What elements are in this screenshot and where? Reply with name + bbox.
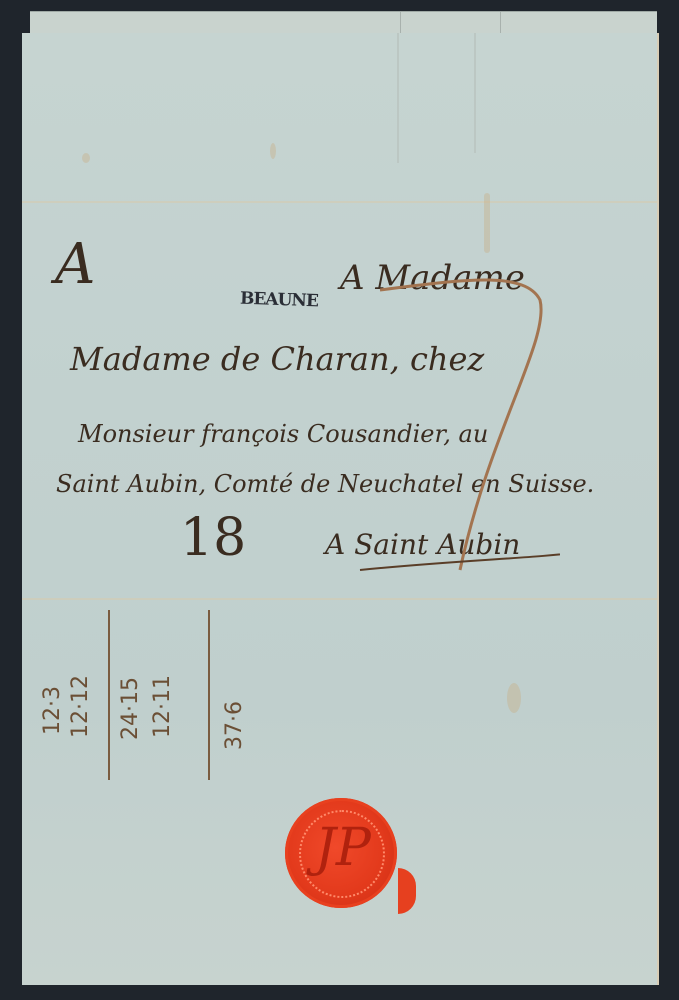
wax-seal: JP (285, 798, 397, 908)
fold-line (474, 33, 476, 153)
calc-column-2b: 12·11 (150, 675, 175, 738)
foxing-stain (507, 683, 521, 713)
fold-line (397, 33, 399, 163)
calc-divider (108, 610, 110, 780)
seal-monogram: JP (315, 818, 371, 878)
address-a: A (55, 232, 95, 297)
fold-line (22, 201, 657, 203)
foxing-stain (270, 143, 276, 159)
bleed-through-ink (484, 193, 490, 253)
fold-line (22, 598, 657, 600)
calc-divider (208, 610, 210, 780)
calc-column-3: 37·6 (222, 701, 247, 750)
calc-column-1b: 12·12 (68, 675, 93, 738)
beaune-postmark: BEAUNE (240, 289, 318, 312)
manuscript-rate: 18 (180, 508, 246, 568)
red-crayon-mark (340, 270, 560, 590)
foxing-stain (82, 153, 90, 163)
calc-column-2a: 24·15 (118, 677, 143, 740)
calc-column-1a: 12·3 (40, 686, 65, 735)
